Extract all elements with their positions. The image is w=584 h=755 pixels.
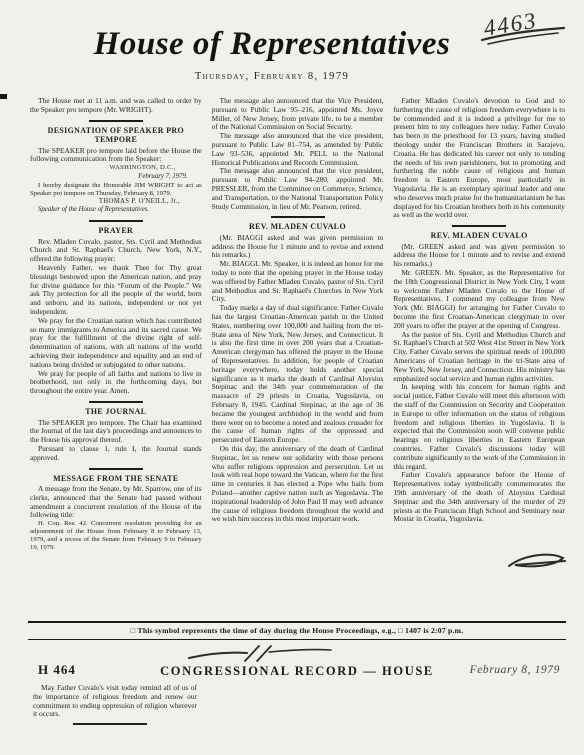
paragraph: The message also announced that the vice… [212,167,384,211]
opening-paragraph: The House met at 11 a.m. and was called … [30,97,202,115]
paragraph: Today marks a day of dual significance. … [212,304,384,445]
paragraph: Mr. GREEN. Mr. Speaker, as the Represent… [393,269,565,331]
paragraph: On this day, the anniversary of the deat… [212,445,384,524]
record-date: February 8, 1979 [470,664,560,676]
scan-edge-artifact [0,94,7,99]
paragraph: A message from the Senate, by Mr. Sparro… [30,485,202,520]
page-title: House of Representatives [0,26,544,62]
continuation-block: May Father Cuvalo's visit today remind a… [33,684,197,725]
section-heading-prayer: PRAYER [30,226,202,236]
paragraph: We pray for the Croatian nation which ha… [30,317,202,370]
column-left: The House met at 11 a.m. and was called … [30,97,202,621]
column-middle: The message also announced that the Vice… [212,97,384,621]
signature-name: THOMAS P. O'NEILL, Jr., [30,198,202,207]
section-divider [89,468,143,470]
column-right: Father Mladen Cuvalo's devotion to God a… [393,97,565,621]
paragraph: We pray for people of all faiths and nat… [30,370,202,396]
signature-title: Speaker of the House of Representatives. [30,206,202,215]
permission-note: (Mr. BIAGGI asked and was given permissi… [212,234,384,260]
paragraph: Father Cuvalo's appearance before the Ho… [393,471,565,524]
paragraph: The message also announced that the vice… [212,132,384,167]
section-heading-journal: THE JOURNAL [30,407,202,417]
communication-text: I hereby designate the Honorable JIM WRI… [30,182,202,198]
section-divider [452,225,506,227]
section-heading-designation: DESIGNATION OF SPEAKER PRO TEMPORE [30,126,202,145]
text-columns: The House met at 11 a.m. and was called … [30,97,565,621]
section-divider [271,216,325,218]
permission-note: (Mr. GREEN asked and was given permissio… [393,243,565,269]
paragraph: Heavenly Father, we thank Thee for Thy g… [30,264,202,317]
congressional-record-page: 4463 House of Representatives Thursday, … [0,0,584,755]
paragraph: Mr. BIAGGI. Mr. Speaker, it is indeed an… [212,260,384,304]
time-symbol-note: □ This symbol represents the time of day… [28,621,566,640]
section-divider [89,401,143,403]
continuation-paragraph: May Father Cuvalo's visit today remind a… [33,684,197,719]
dateline-date: February 7, 1979. [30,173,202,182]
paragraph: The message also announced that the Vice… [212,97,384,132]
paragraph: Father Mladen Cuvalo's devotion to God a… [393,97,565,220]
paragraph: In keeping with his concern for human ri… [393,383,565,471]
section-heading-rev-cuvalo-green: REV. MLADEN CUVALO [393,231,565,241]
resolution-text: H. Con. Res. 42. Concurrent resolution p… [30,520,202,552]
paragraph: Rev. Mladen Cuvalo, pastor, Sts. Cyril a… [30,238,202,264]
section-heading-senate-message: MESSAGE FROM THE SENATE [30,474,202,484]
running-head: H 464 CONGRESSIONAL RECORD — HOUSE Febru… [30,661,564,681]
end-rule [73,723,147,725]
dateline-place: WASHINGTON, D.C., [30,164,202,173]
paragraph: The SPEAKER pro tempore. The Chair has e… [30,419,202,445]
section-heading-rev-cuvalo-biaggi: REV. MLADEN CUVALO [212,222,384,232]
paragraph: Pursuant to clause 1, rule I, the Journa… [30,445,202,463]
masthead: House of Representatives Thursday, Febru… [0,26,544,82]
section-divider [89,220,143,222]
paragraph: As the pastor of Sts. Cyril and Methodiu… [393,331,565,384]
section-divider [89,120,143,122]
paragraph: The SPEAKER pro tempore laid before the … [30,147,202,165]
session-date: Thursday, February 8, 1979 [0,71,544,82]
